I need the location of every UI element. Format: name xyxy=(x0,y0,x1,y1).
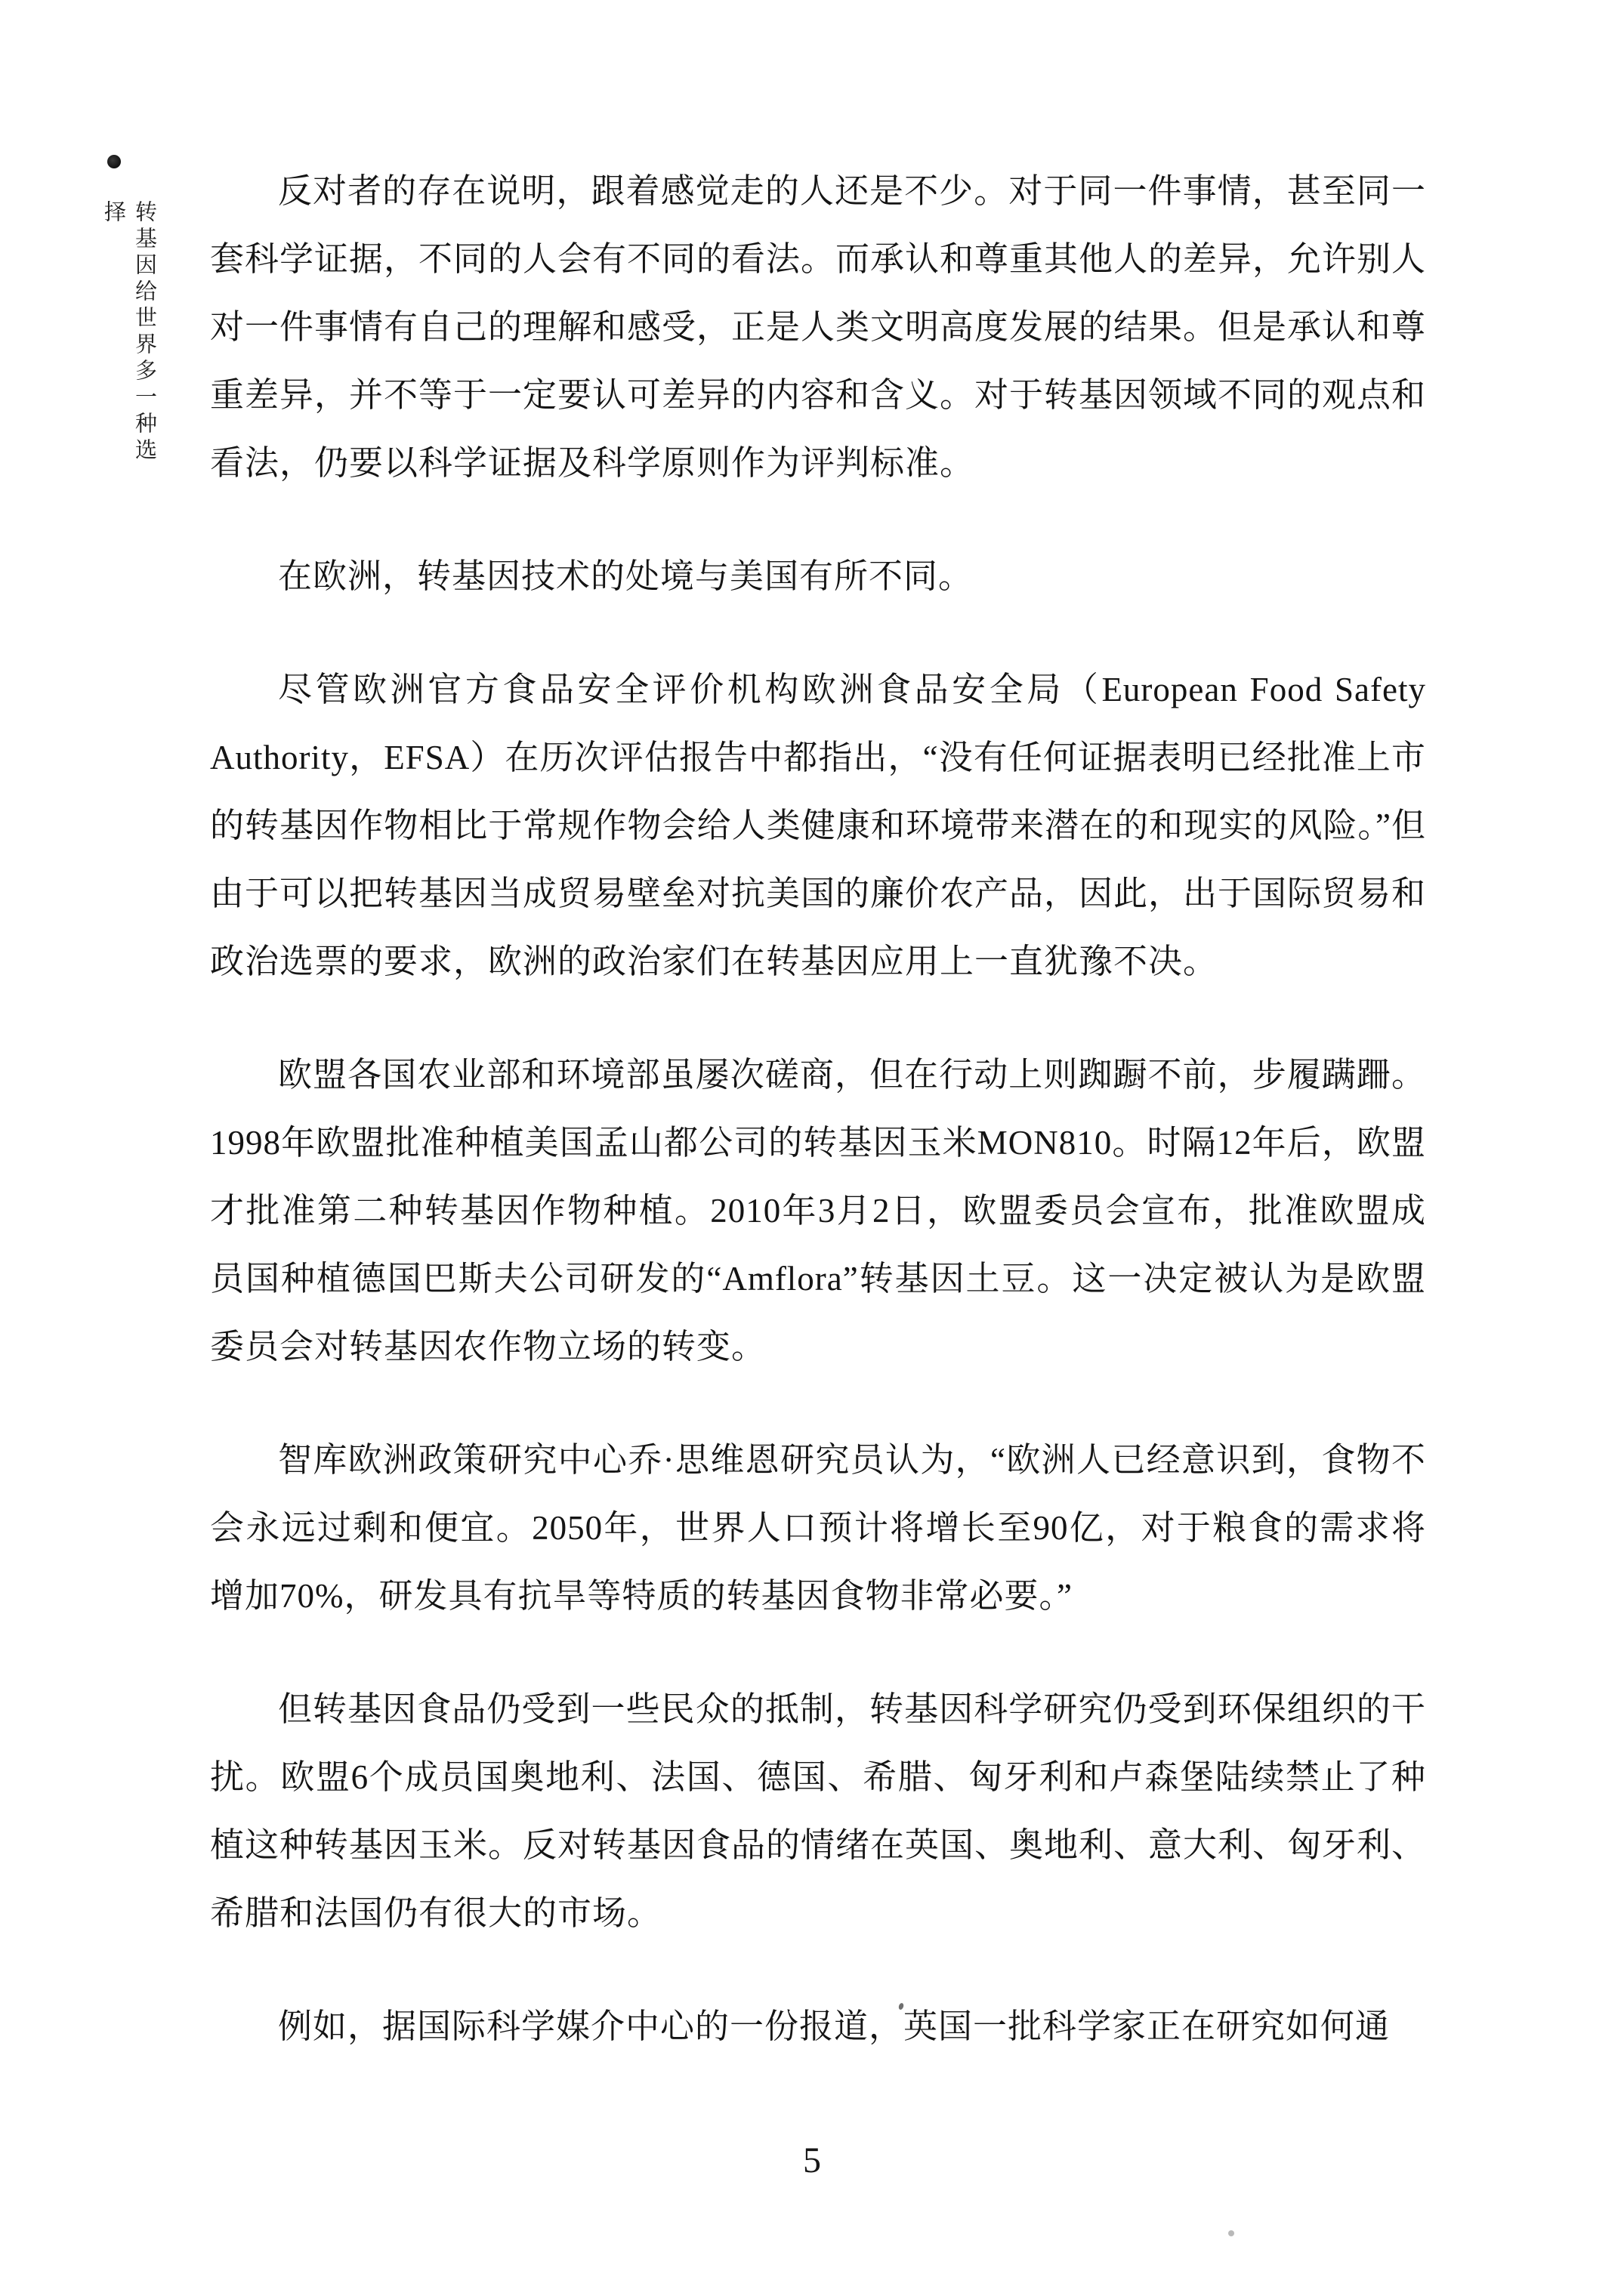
margin-area: 转基因给世界多一种选择 xyxy=(97,155,142,472)
body-text: 反对者的存在说明，跟着感觉走的人还是不少。对于同一件事情，甚至同一套科学证据，不… xyxy=(210,157,1426,2060)
paragraph-1: 反对者的存在说明，跟着感觉走的人还是不少。对于同一件事情，甚至同一套科学证据，不… xyxy=(210,157,1426,497)
scan-speck xyxy=(1228,2230,1234,2236)
book-page: 转基因给世界多一种选择 反对者的存在说明，跟着感觉走的人还是不少。对于同一件事情… xyxy=(0,0,1624,2296)
paragraph-6: 但转基因食品仍受到一些民众的抵制，转基因科学研究仍受到环保组织的干扰。欧盟6个成… xyxy=(210,1675,1426,1947)
bullet-icon xyxy=(107,155,121,168)
paragraph-7: 例如，据国际科学媒介中心的一份报道，英国一批科学家正在研究如何通 xyxy=(210,1992,1426,2060)
paragraph-2: 在欧洲，转基因技术的处境与美国有所不同。 xyxy=(210,542,1426,610)
page-number: 5 xyxy=(0,2140,1624,2181)
book-title-vertical: 转基因给世界多一种选择 xyxy=(98,200,160,472)
paragraph-3: 尽管欧洲官方食品安全评价机构欧洲食品安全局（European Food Safe… xyxy=(210,656,1426,995)
paragraph-5: 智库欧洲政策研究中心乔·思维恩研究员认为，“欧洲人已经意识到，食物不会永远过剩和… xyxy=(210,1426,1426,1630)
paragraph-4: 欧盟各国农业部和环境部虽屡次磋商，但在行动上则踟蹰不前，步履蹒跚。1998年欧盟… xyxy=(210,1041,1426,1381)
